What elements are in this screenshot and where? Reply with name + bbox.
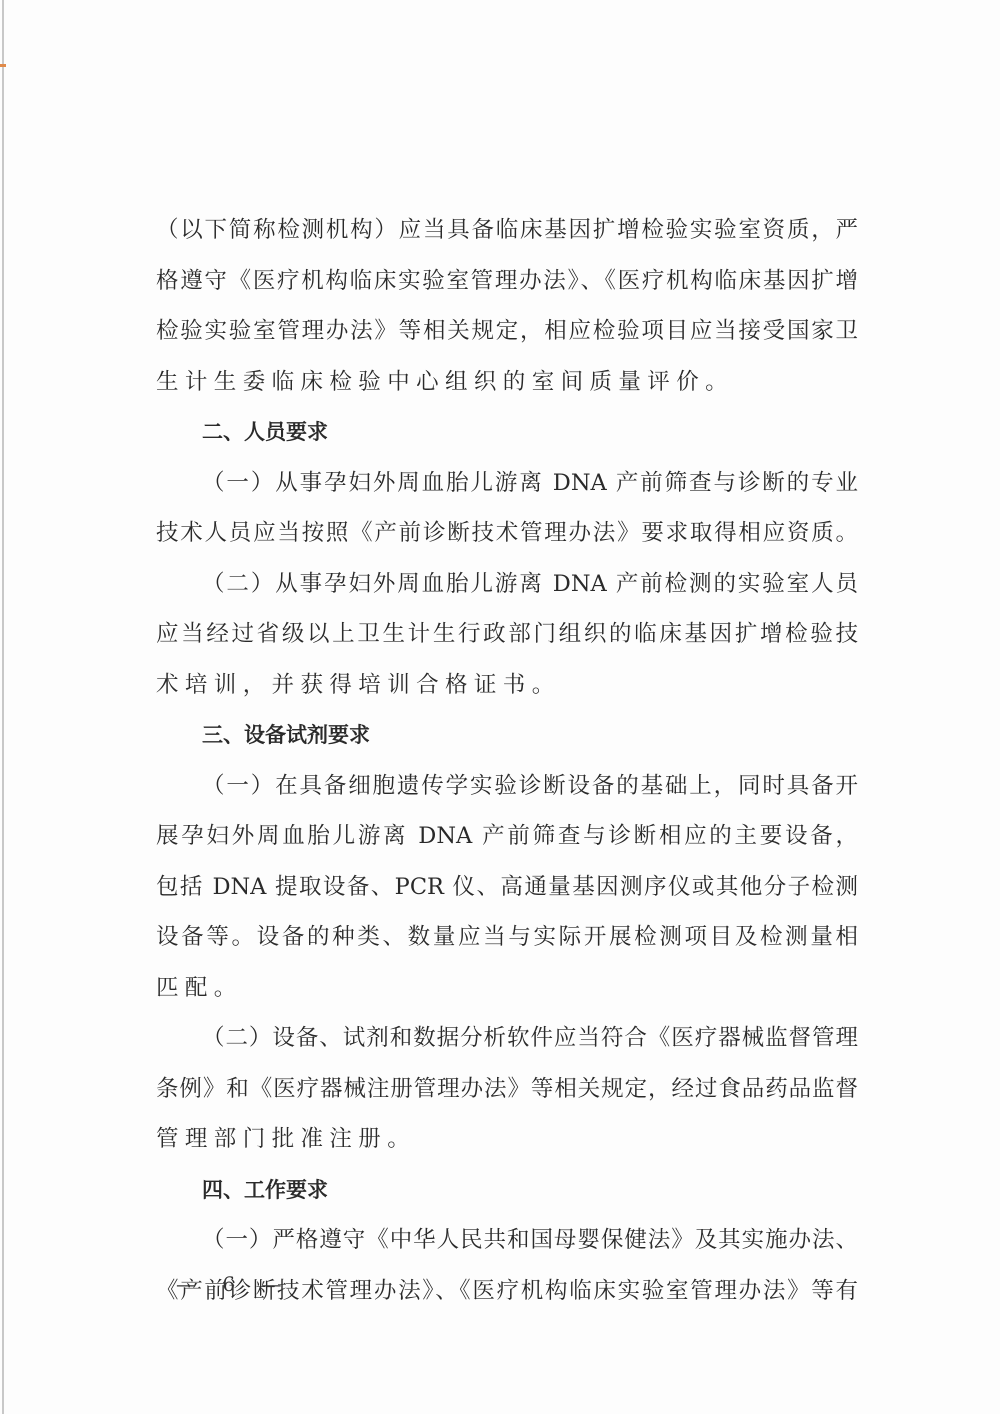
page-number: — 6 — [176,1272,291,1296]
document-page-body: （以下简称检测机构）应当具备临床基因扩增检验实验室资质，严 格遵守《医疗机构临床… [156,205,858,1316]
text-line: （二）从事孕妇外周血胎儿游离 DNA 产前检测的实验室人员 [156,559,858,610]
section-heading-work: 四、工作要求 [156,1165,858,1216]
section-heading-equipment: 三、设备试剂要求 [156,710,858,761]
section-heading-personnel: 二、人员要求 [156,407,858,458]
text-line: 包括 DNA 提取设备、PCR 仪、高通量基因测序仪或其他分子检测 [156,862,858,913]
text-line: 生计生委临床检验中心组织的室间质量评价。 [156,357,858,408]
page-edge-line [2,0,4,1414]
page-edge-mark [0,64,6,67]
text-line: 格遵守《医疗机构临床实验室管理办法》、《医疗机构临床基因扩增 [156,256,858,307]
text-line: 技术人员应当按照《产前诊断技术管理办法》要求取得相应资质。 [156,508,858,559]
text-line: （一）从事孕妇外周血胎儿游离 DNA 产前筛查与诊断的专业 [156,458,858,509]
text-line: 术培训，并获得培训合格证书。 [156,660,858,711]
text-line: 条例》和《医疗器械注册管理办法》等相关规定，经过食品药品监督 [156,1064,858,1115]
text-line: 展孕妇外周血胎儿游离 DNA 产前筛查与诊断相应的主要设备， [156,811,858,862]
text-line: （一）在具备细胞遗传学实验诊断设备的基础上，同时具备开 [156,761,858,812]
text-line: 匹配。 [156,963,858,1014]
text-line: 检验实验室管理办法》等相关规定，相应检验项目应当接受国家卫 [156,306,858,357]
text-line: （一）严格遵守《中华人民共和国母婴保健法》及其实施办法、 [156,1215,858,1266]
text-line: 管理部门批准注册。 [156,1114,858,1165]
text-line: （二）设备、试剂和数据分析软件应当符合《医疗器械监督管理 [156,1013,858,1064]
text-line: 应当经过省级以上卫生计生行政部门组织的临床基因扩增检验技 [156,609,858,660]
text-line: （以下简称检测机构）应当具备临床基因扩增检验实验室资质，严 [156,205,858,256]
text-line: 设备等。设备的种类、数量应当与实际开展检测项目及检测量相 [156,912,858,963]
